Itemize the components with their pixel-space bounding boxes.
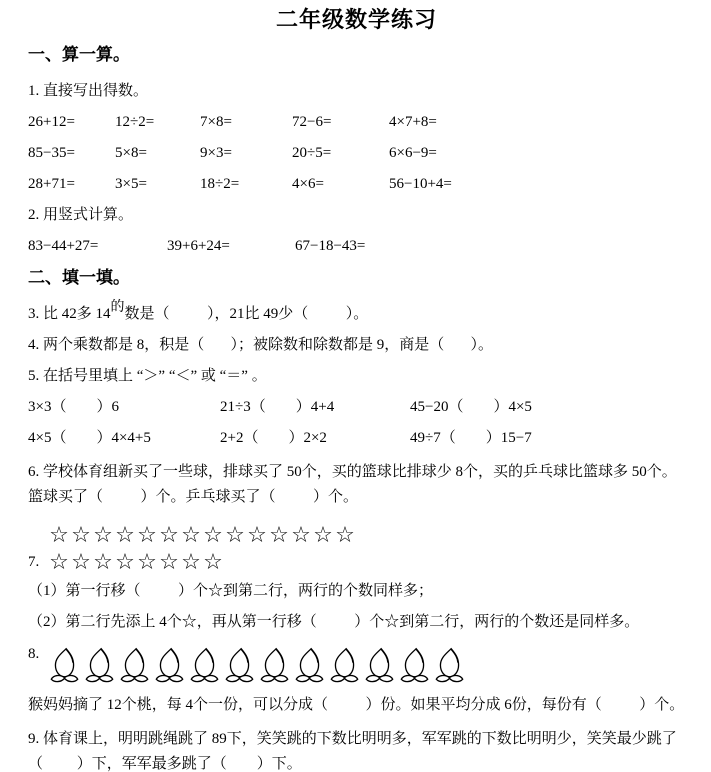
calc-row: 85−35= 5×8= 9×3= 20÷5= 6×6−9=: [28, 144, 685, 163]
eq-cell: 6×6−9=: [389, 144, 685, 163]
item-7-sub-2: （2）第二行先添上 4个☆，再从第一行移（ ）个☆到第二行，两行的个数还是同样多…: [28, 613, 685, 632]
eq-cell: 56−10+4=: [389, 175, 685, 194]
eq-cell: 72−6=: [292, 113, 389, 132]
eq-cell: 18÷2=: [200, 175, 292, 194]
peach-icon: [223, 644, 256, 688]
eq-cell: 5×8=: [115, 144, 200, 163]
eq-cell: 85−35=: [28, 144, 115, 163]
star-icon: ☆: [48, 522, 70, 549]
worksheet-page: 二年级数学练习 一、算一算。 1. 直接写出得数。 26+12= 12÷2= 7…: [0, 0, 711, 772]
peach-icon: [398, 644, 431, 688]
star-icon: ☆: [290, 522, 312, 549]
item-9-text: 9. 体育课上，明明跳绳跳了 89下，笑笑跳的下数比明明多，军军跳的下数比明明少…: [28, 727, 685, 772]
eq-cell: 28+71=: [28, 175, 115, 194]
item-7-sub-1: （1）第一行移（ ）个☆到第二行，两行的个数同样多；: [28, 582, 685, 601]
peach-row: 8.: [28, 644, 685, 688]
item-1-label: 1. 直接写出得数。: [28, 82, 685, 101]
peach-icon: [293, 644, 326, 688]
eq-cell: 83−44+27=: [28, 237, 167, 256]
item-5-label: 5. 在括号里填上 “＞” “＜” 或 “＝” 。: [28, 367, 685, 386]
item-4-text: 4. 两个乘数都是 8，积是（ ）；被除数和除数都是 9，商是（ ）。: [28, 336, 685, 355]
eq-cell: 67−18−43=: [295, 237, 685, 256]
calc-row: 28+71= 3×5= 18÷2= 4×6= 56−10+4=: [28, 175, 685, 194]
calc-row: 26+12= 12÷2= 7×8= 72−6= 4×7+8=: [28, 113, 685, 132]
eq-cell: 12÷2=: [115, 113, 200, 132]
star-row-2: 7. ☆☆☆☆☆☆☆☆: [28, 549, 685, 576]
eq-cell: 20÷5=: [292, 144, 389, 163]
section-2-heading: 二、填一填。: [28, 268, 685, 288]
item-3-rest: 数是（ ），21比 49少（ ）。: [125, 306, 369, 322]
peach-icon: [258, 644, 291, 688]
star-icon: ☆: [246, 522, 268, 549]
peach-icon: [48, 644, 81, 688]
peach-row-icons: [48, 644, 468, 688]
star-icon: ☆: [180, 522, 202, 549]
item-3-superscript: 的: [111, 300, 125, 315]
star-icon: ☆: [92, 522, 114, 549]
star-icon: ☆: [136, 522, 158, 549]
compare-cell: 49÷7（ ）15−7: [410, 429, 685, 448]
star-icon: ☆: [48, 549, 70, 576]
vertical-calc-row: 83−44+27= 39+6+24= 67−18−43=: [28, 237, 685, 256]
item-2-label: 2. 用竖式计算。: [28, 206, 685, 225]
star-icon: ☆: [70, 522, 92, 549]
peach-icon: [153, 644, 186, 688]
star-row-1: ☆☆☆☆☆☆☆☆☆☆☆☆☆☆: [28, 522, 685, 549]
star-icon: ☆: [334, 522, 356, 549]
compare-cell: 4×5（ ）4×4+5: [28, 429, 220, 448]
section-1-heading: 一、算一算。: [28, 45, 685, 65]
page-title: 二年级数学练习: [28, 8, 685, 32]
eq-cell: 7×8=: [200, 113, 292, 132]
compare-cell: 3×3（ ）6: [28, 398, 220, 417]
eq-cell: 39+6+24=: [167, 237, 295, 256]
compare-row: 3×3（ ）6 21÷3（ ）4+4 45−20（ ）4×5: [28, 398, 685, 417]
star-icon: ☆: [158, 549, 180, 576]
star-icon: ☆: [202, 522, 224, 549]
eq-cell: 3×5=: [115, 175, 200, 194]
compare-row: 4×5（ ）4×4+5 2+2（ ）2×2 49÷7（ ）15−7: [28, 429, 685, 448]
star-icon: ☆: [158, 522, 180, 549]
star-icon: ☆: [114, 549, 136, 576]
item-8-number: 8.: [28, 646, 40, 663]
star-icon: ☆: [136, 549, 158, 576]
compare-cell: 45−20（ ）4×5: [410, 398, 685, 417]
item-7-number: 7.: [28, 549, 40, 576]
eq-cell: 4×7+8=: [389, 113, 685, 132]
eq-cell: 9×3=: [200, 144, 292, 163]
item-3-text: 3. 比 42多 14的数是（ ），21比 49少（ ）。: [28, 305, 685, 324]
peach-icon: [363, 644, 396, 688]
eq-cell: 26+12=: [28, 113, 115, 132]
star-icon: ☆: [224, 522, 246, 549]
compare-grid: 3×3（ ）6 21÷3（ ）4+4 45−20（ ）4×5 4×5（ ）4×4…: [28, 398, 685, 448]
star-icon: ☆: [180, 549, 202, 576]
star-icon: ☆: [202, 549, 224, 576]
star-icon: ☆: [268, 522, 290, 549]
star-icon: ☆: [92, 549, 114, 576]
star-icon: ☆: [114, 522, 136, 549]
star-icon: ☆: [312, 522, 334, 549]
direct-calc-grid: 26+12= 12÷2= 7×8= 72−6= 4×7+8= 85−35= 5×…: [28, 113, 685, 194]
eq-cell: 4×6=: [292, 175, 389, 194]
compare-cell: 21÷3（ ）4+4: [220, 398, 410, 417]
star-icon: ☆: [70, 549, 92, 576]
peach-icon: [328, 644, 361, 688]
peach-icon: [433, 644, 466, 688]
peach-icon: [83, 644, 116, 688]
item-6-text: 6. 学校体育组新买了一些球，排球买了 50个，买的篮球比排球少 8个，买的乒乓…: [28, 460, 685, 510]
peach-icon: [118, 644, 151, 688]
item-8-text: 猴妈妈摘了 12个桃，每 4个一份，可以分成（ ）份。如果平均分成 6份，每份有…: [28, 696, 685, 715]
compare-cell: 2+2（ ）2×2: [220, 429, 410, 448]
star-row-1-stars: ☆☆☆☆☆☆☆☆☆☆☆☆☆☆: [48, 522, 356, 549]
star-row-2-stars: ☆☆☆☆☆☆☆☆: [48, 549, 224, 576]
item-3-prefix: 3. 比 42多 14: [28, 306, 111, 322]
peach-icon: [188, 644, 221, 688]
